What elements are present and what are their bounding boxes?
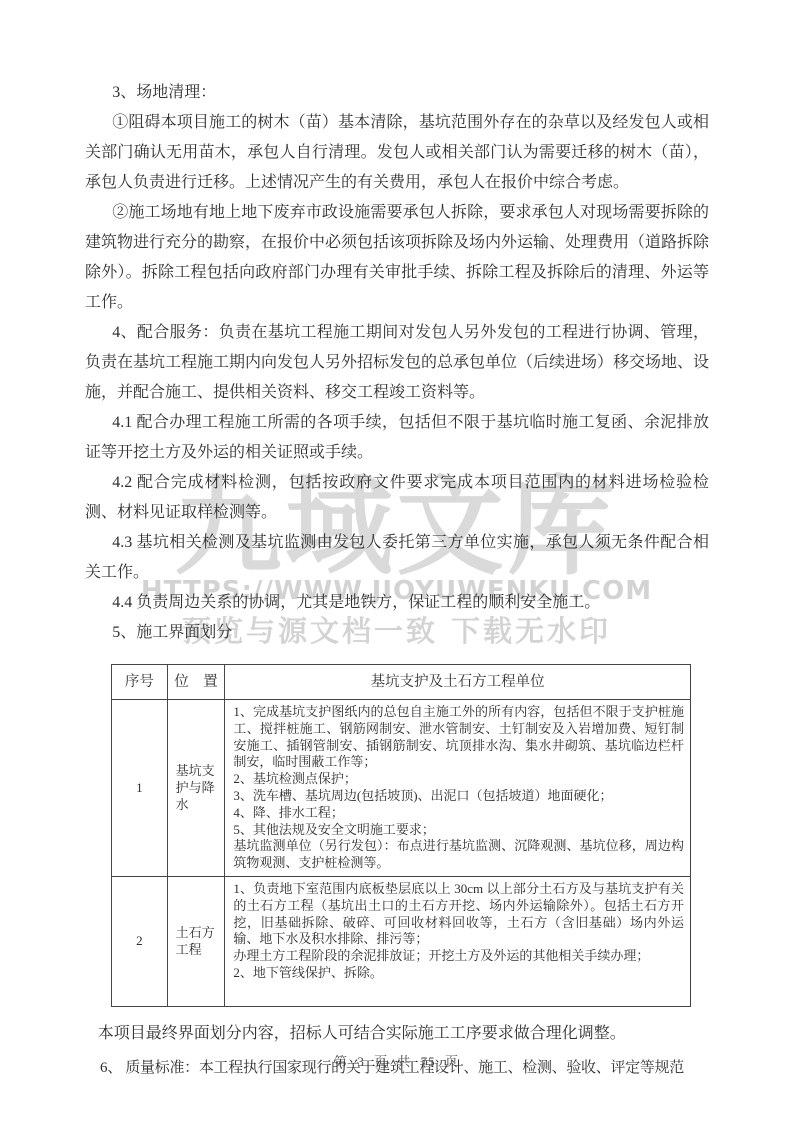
table-header-unit: 基坑支护及土石方工程单位: [225, 665, 691, 700]
page-content: 3、场地清理： ①阻碍本项目施工的树木（苗）基本清除，基坑范围外存在的杂草以及经…: [85, 78, 709, 1083]
paragraph-cooperation-services: 4、配合服务：负责在基坑工程施工期间对发包人另外发包的工程进行协调、管理，负责在…: [85, 318, 709, 408]
table-cell-location: 土石方工程: [167, 876, 225, 1006]
table-cell-details: 1、完成基坑支护图纸内的总包自主施工外的所有内容，包括但不限于支护桩施工、搅拌桩…: [225, 700, 691, 877]
detail-item: 办理土方工程阶段的余泥排放证；开挖土方及外运的其他相关手续办理；: [233, 948, 684, 965]
detail-item: 1、负责地下室范围内底板垫层底以上 30cm 以上部分土石方及与基坑支护有关的土…: [233, 881, 684, 948]
work-interface-table: 序号 位 置 基坑支护及土石方工程单位 1 基坑支护与降水 1、完成基坑支护图纸…: [111, 664, 691, 1007]
table-cell-seq: 2: [112, 876, 168, 1006]
table-cell-location: 基坑支护与降水: [167, 700, 225, 877]
table-header-row: 序号 位 置 基坑支护及土石方工程单位: [112, 665, 691, 700]
paragraph-4-3: 4.3 基坑相关检测及基坑监测由发包人委托第三方单位实施，承包人须无条件配合相关…: [85, 528, 709, 588]
paragraph-4-1: 4.1 配合办理工程施工所需的各项手续，包括但不限于基坑临时施工复函、余泥排放证…: [85, 408, 709, 468]
table-cell-details: 1、负责地下室范围内底板垫层底以上 30cm 以上部分土石方及与基坑支护有关的土…: [225, 876, 691, 1006]
detail-item: 基坑监测单位（另行发包）：布点进行基坑监测、沉降观测、基坑位移，周边构筑物观测、…: [233, 838, 684, 872]
table-row: 1 基坑支护与降水 1、完成基坑支护图纸内的总包自主施工外的所有内容，包括但不限…: [112, 700, 691, 877]
detail-item: 3、洗车槽、基坑周边(包括坡顶)、出泥口（包括坡道）地面硬化；: [233, 788, 684, 805]
detail-item: 4、降、排水工程；: [233, 805, 684, 822]
table-row: 2 土石方工程 1、负责地下室范围内底板垫层底以上 30cm 以上部分土石方及与…: [112, 876, 691, 1006]
detail-item: 5、其他法规及安全文明施工要求；: [233, 822, 684, 839]
document-page: 九域文库 HTTPS://WWW.JIOYUWENKU.COM 预览与源文档一致…: [0, 0, 793, 1122]
paragraph-4-2: 4.2 配合完成材料检测，包括按政府文件要求完成本项目范围内的材料进场检验检测、…: [85, 468, 709, 528]
paragraph-4-4: 4.4 负责周边关系的协调，尤其是地铁方，保证工程的顺利安全施工。: [85, 588, 709, 618]
detail-item: 2、地下管线保护、拆除。: [233, 965, 684, 982]
paragraph-final-note: 本项目最终界面划分内容，招标人可结合实际施工工序要求做合理化调整。: [85, 1019, 709, 1049]
page-number: 第 3 页 共 75 页: [0, 1051, 793, 1070]
paragraph-clearing-item-2: ②施工场地有地上地下废弃市政设施需要承包人拆除，要求承包人对现场需要拆除的建筑物…: [85, 198, 709, 318]
table-header-seq: 序号: [112, 665, 168, 700]
paragraph-interface-division-heading: 5、施工界面划分: [85, 618, 709, 648]
table-header-location: 位 置: [167, 665, 225, 700]
paragraph-site-clearing-heading: 3、场地清理：: [85, 78, 709, 108]
paragraph-clearing-item-1: ①阻碍本项目施工的树木（苗）基本清除，基坑范围外存在的杂草以及经发包人或相关部门…: [85, 108, 709, 198]
table-cell-seq: 1: [112, 700, 168, 877]
detail-item: 2、基坑检测点保护；: [233, 771, 684, 788]
detail-item: 1、完成基坑支护图纸内的总包自主施工外的所有内容，包括但不限于支护桩施工、搅拌桩…: [233, 704, 684, 771]
